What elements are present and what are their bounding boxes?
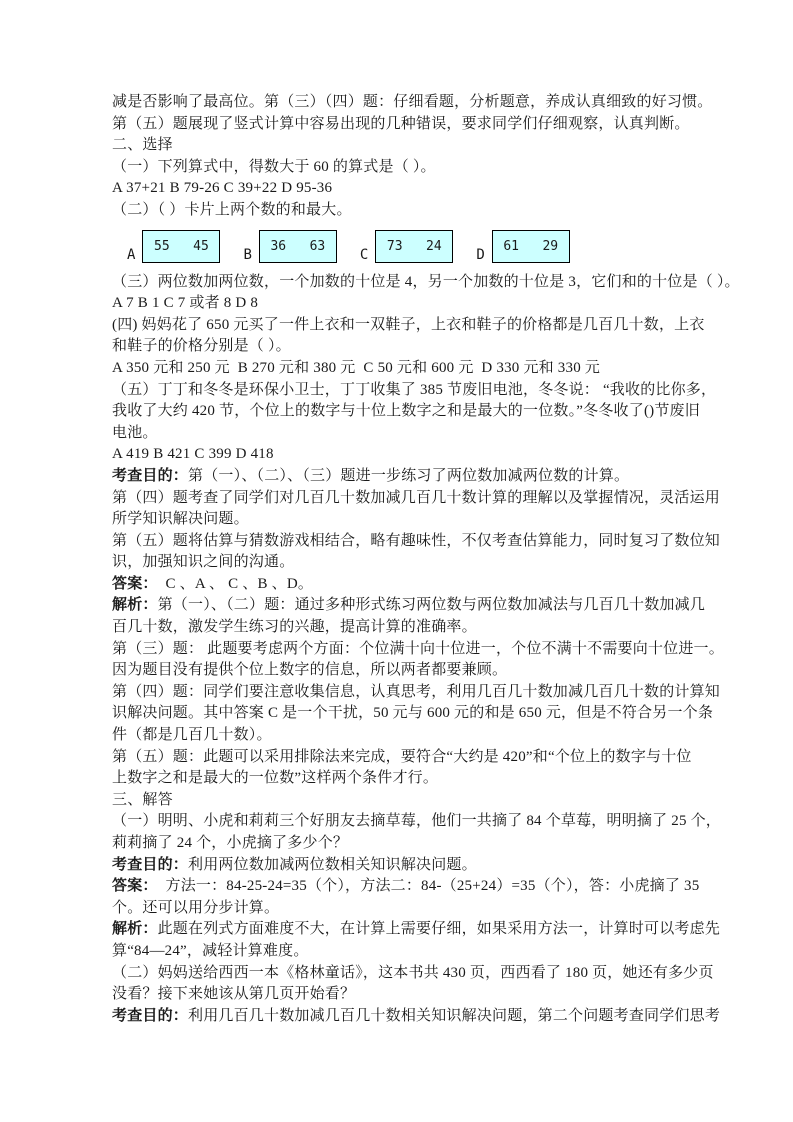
text-segment: 第（五）题展现了竖式计算中容易出现的几种错误，要求同学们仔细观察，认真判断。 [112, 116, 690, 132]
text-line: 第（四）题考查了同学们对几百几十数加减几百几十数计算的理解以及掌握情况，灵活运用 [112, 488, 712, 510]
text-line: 所学知识解决问题。 [112, 509, 712, 531]
text-segment: 方法一：84-25-24=35（个），方法二：84-（25+24）=35（个），… [158, 878, 700, 894]
text-line: 答案： C 、A 、 C 、B 、D。 [112, 574, 712, 596]
text-line: （二）妈妈送给西西一本《格林童话》，这本书共 430 页，西西看了 180 页，… [112, 963, 712, 985]
card-label: A [127, 248, 135, 263]
text-segment: A 350 元和 250 元 B 270 元和 380 元 C 50 元和 60… [112, 360, 600, 376]
text-segment: C 、A 、 C 、B 、D。 [158, 576, 314, 592]
text-segment: （五）丁丁和冬冬是环保小卫士，丁丁收集了 385 节废旧电池，冬冬说： “我收的… [112, 382, 716, 398]
card-label: B [243, 248, 251, 263]
text-segment: 莉莉摘了 24 个，小虎摘了多少个？ [112, 835, 348, 851]
card-number-right: 45 [193, 239, 209, 254]
card-number-left: 36 [270, 239, 286, 254]
document-page: 减是否影响了最高位。第（三）（四）题：仔细看题，分析题意，养成认真细致的好习惯。… [0, 0, 793, 1122]
text-line: （一）下列算式中，得数大于 60 的算式是（ ）。 [112, 157, 712, 179]
text-line: 上数字之和是最大的一位数”这样两个条件才行。 [112, 768, 712, 790]
text-line: 算“84—24”，减轻计算难度。 [112, 941, 712, 963]
text-segment: 第（五）题将估算与猜数游戏相结合，略有趣味性，不仅考查估算能力，同时复习了数位知 [112, 533, 720, 549]
bold-lead-label: 解析： [112, 597, 158, 613]
text-segment: （二）（ ）卡片上两个数的和最大。 [112, 202, 352, 218]
card-number-left: 73 [387, 239, 403, 254]
card-number-left: 55 [154, 239, 170, 254]
text-segment: A 37+21 B 79-26 C 39+22 D 95-36 [112, 180, 332, 196]
text-line: 百几十数，激发学生练习的兴趣，提高计算的准确率。 [112, 617, 712, 639]
text-segment: 个。还可以用分步计算。 [112, 900, 279, 916]
text-segment: 利用两位数加减两位数相关知识解决问题。 [188, 857, 477, 873]
card-label: D [476, 248, 484, 263]
text-segment: (四) 妈妈花了 650 元买了一件上衣和一双鞋子，上衣和鞋子的价格都是几百几十… [112, 317, 705, 333]
text-segment: （二）妈妈送给西西一本《格林童话》，这本书共 430 页，西西看了 180 页，… [112, 965, 714, 981]
text-line: 和鞋子的价格分别是（ ）。 [112, 336, 712, 358]
text-line: 没看？接下来她该从第几页开始看？ [112, 984, 712, 1006]
text-line: A 7 B 1 C 7 或者 8 D 8 [112, 293, 712, 315]
text-segment: 第（三）题： 此题要考虑两个方面：个位满十向十位进一，个位不满十不需要向十位进一… [112, 641, 724, 657]
bold-lead-label: 考查目的： [112, 1008, 188, 1024]
text-segment: 二、选择 [112, 137, 173, 153]
text-segment: 电池。 [112, 425, 158, 441]
text-segment: 此题在列式方面难度不大，在计算上需要仔细，如果采用方法一，计算时可以考虑先 [158, 921, 720, 937]
text-segment: （三）两位数加两位数，一个加数的十位是 4，另一个加数的十位是 3，它们和的十位… [112, 274, 740, 290]
card-number-gap [170, 239, 193, 254]
text-line: (四) 妈妈花了 650 元买了一件上衣和一双鞋子，上衣和鞋子的价格都是几百几十… [112, 315, 712, 337]
text-segment: 因为题目没有提供个位上数字的信息，所以两者都要兼顾。 [112, 662, 507, 678]
text-line: A 419 B 421 C 399 D 418 [112, 444, 712, 466]
text-line: 识解决问题。其中答案 C 是一个干扰，50 元与 600 元的和是 650 元，… [112, 703, 712, 725]
text-line: 莉莉摘了 24 个，小虎摘了多少个？ [112, 833, 712, 855]
text-line: 解析：此题在列式方面难度不大，在计算上需要仔细，如果采用方法一，计算时可以考虑先 [112, 919, 712, 941]
text-line: （五）丁丁和冬冬是环保小卫士，丁丁收集了 385 节废旧电池，冬冬说： “我收的… [112, 380, 712, 402]
text-segment: （一）下列算式中，得数大于 60 的算式是（ ）。 [112, 159, 436, 175]
text-segment: 三、解答 [112, 792, 173, 808]
text-line: 第（五）题：此题可以采用排除法来完成，要符合“大约是 420”和“个位上的数字与… [112, 747, 712, 769]
bold-lead-label: 答案： [112, 878, 158, 894]
text-segment: 减是否影响了最高位。第（三）（四）题：仔细看题，分析题意，养成认真细致的好习惯。 [112, 94, 713, 110]
text-segment: 第（一）、（二）题：通过多种形式练习两位数与两位数加减法与几百几十数加减几 [158, 597, 705, 613]
text-segment: 算“84—24”，减轻计算难度。 [112, 943, 309, 959]
text-line: 三、解答 [112, 790, 712, 812]
text-line: 减是否影响了最高位。第（三）（四）题：仔细看题，分析题意，养成认真细致的好习惯。 [112, 92, 712, 114]
text-line: A 37+21 B 79-26 C 39+22 D 95-36 [112, 178, 712, 200]
text-line: 件（都是几百几十数）。 [112, 725, 712, 747]
text-line: （三）两位数加两位数，一个加数的十位是 4，另一个加数的十位是 3，它们和的十位… [112, 272, 712, 294]
card-option-d: D61 29 [476, 230, 569, 263]
bold-lead-label: 考查目的： [112, 468, 188, 484]
text-line: （一）明明、小虎和莉莉三个好朋友去摘草莓，他们一共摘了 84 个草莓，明明摘了 … [112, 811, 712, 833]
card-number-gap [519, 239, 542, 254]
bold-lead-label: 答案： [112, 576, 158, 592]
text-line: 考查目的：第（一）、（二）、（三）题进一步练习了两位数加减两位数的计算。 [112, 466, 712, 488]
text-segment: 百几十数，激发学生练习的兴趣，提高计算的准确率。 [112, 619, 477, 635]
card-number-gap [403, 239, 426, 254]
text-line: 二、选择 [112, 135, 712, 157]
text-segment: 第（四）题：同学们要注意收集信息，认真思考，利用几百几十数加减几百几十数的计算知 [112, 684, 720, 700]
number-card: 36 63 [259, 230, 337, 263]
text-segment: 第（一）、（二）、（三）题进一步练习了两位数加减两位数的计算。 [188, 468, 629, 484]
bold-lead-label: 解析： [112, 921, 158, 937]
text-line: 第（四）题：同学们要注意收集信息，认真思考，利用几百几十数加减几百几十数的计算知 [112, 682, 712, 704]
number-card: 61 29 [492, 230, 570, 263]
text-line: A 350 元和 250 元 B 270 元和 380 元 C 50 元和 60… [112, 358, 712, 380]
card-label: C [360, 248, 368, 263]
text-line: 第（五）题展现了竖式计算中容易出现的几种错误，要求同学们仔细观察，认真判断。 [112, 114, 712, 136]
card-number-right: 63 [310, 239, 326, 254]
text-segment: 上数字之和是最大的一位数”这样两个条件才行。 [112, 770, 438, 786]
text-line: （二）（ ）卡片上两个数的和最大。 [112, 200, 712, 222]
text-segment: 我收了大约 420 节，个位上的数字与十位上数字之和是最大的一位数。”冬冬收了(… [112, 403, 700, 419]
text-segment: 和鞋子的价格分别是（ ）。 [112, 338, 291, 354]
text-line: 第（三）题： 此题要考虑两个方面：个位满十向十位进一，个位不满十不需要向十位进一… [112, 639, 712, 661]
text-segment: 所学知识解决问题。 [112, 511, 249, 527]
text-line: 识，加强知识之间的沟通。 [112, 552, 712, 574]
card-option-b: B36 63 [243, 230, 336, 263]
text-segment: A 7 B 1 C 7 或者 8 D 8 [112, 295, 258, 311]
number-card: 73 24 [375, 230, 453, 263]
card-option-a: A55 45 [127, 230, 220, 263]
card-number-gap [286, 239, 309, 254]
card-option-c: C73 24 [360, 230, 453, 263]
text-line: 解析：第（一）、（二）题：通过多种形式练习两位数与两位数加减法与几百几十数加减几 [112, 595, 712, 617]
text-segment: 利用几百几十数加减几百几十数相关知识解决问题，第二个问题考查同学们思考 [188, 1008, 720, 1024]
answer-cards-row: A55 45B36 63C73 24D61 29 [112, 227, 712, 263]
text-line: 考查目的：利用几百几十数加减几百几十数相关知识解决问题，第二个问题考查同学们思考 [112, 1006, 712, 1028]
number-card: 55 45 [142, 230, 220, 263]
text-segment: 没看？接下来她该从第几页开始看？ [112, 986, 355, 1002]
card-number-right: 29 [542, 239, 558, 254]
bold-lead-label: 考查目的： [112, 857, 188, 873]
text-segment: A 419 B 421 C 399 D 418 [112, 446, 274, 462]
text-line: 我收了大约 420 节，个位上的数字与十位上数字之和是最大的一位数。”冬冬收了(… [112, 401, 712, 423]
text-segment: 第（五）题：此题可以采用排除法来完成，要符合“大约是 420”和“个位上的数字与… [112, 749, 692, 765]
text-segment: 件（都是几百几十数）。 [112, 727, 272, 743]
text-segment: 识，加强知识之间的沟通。 [112, 554, 294, 570]
text-segment: 第（四）题考查了同学们对几百几十数加减几百几十数计算的理解以及掌握情况，灵活运用 [112, 490, 720, 506]
document-body: 减是否影响了最高位。第（三）（四）题：仔细看题，分析题意，养成认真细致的好习惯。… [112, 92, 712, 1027]
text-segment: 识解决问题。其中答案 C 是一个干扰，50 元与 600 元的和是 650 元，… [112, 705, 713, 721]
text-line: 考查目的：利用两位数加减两位数相关知识解决问题。 [112, 855, 712, 877]
text-line: 电池。 [112, 423, 712, 445]
text-segment: （一）明明、小虎和莉莉三个好朋友去摘草莓，他们一共摘了 84 个草莓，明明摘了 … [112, 813, 721, 829]
card-number-right: 24 [426, 239, 442, 254]
text-line: 因为题目没有提供个位上数字的信息，所以两者都要兼顾。 [112, 660, 712, 682]
text-line: 第（五）题将估算与猜数游戏相结合，略有趣味性，不仅考查估算能力，同时复习了数位知 [112, 531, 712, 553]
text-line: 个。还可以用分步计算。 [112, 898, 712, 920]
text-line: 答案： 方法一：84-25-24=35（个），方法二：84-（25+24）=35… [112, 876, 712, 898]
card-number-left: 61 [503, 239, 519, 254]
